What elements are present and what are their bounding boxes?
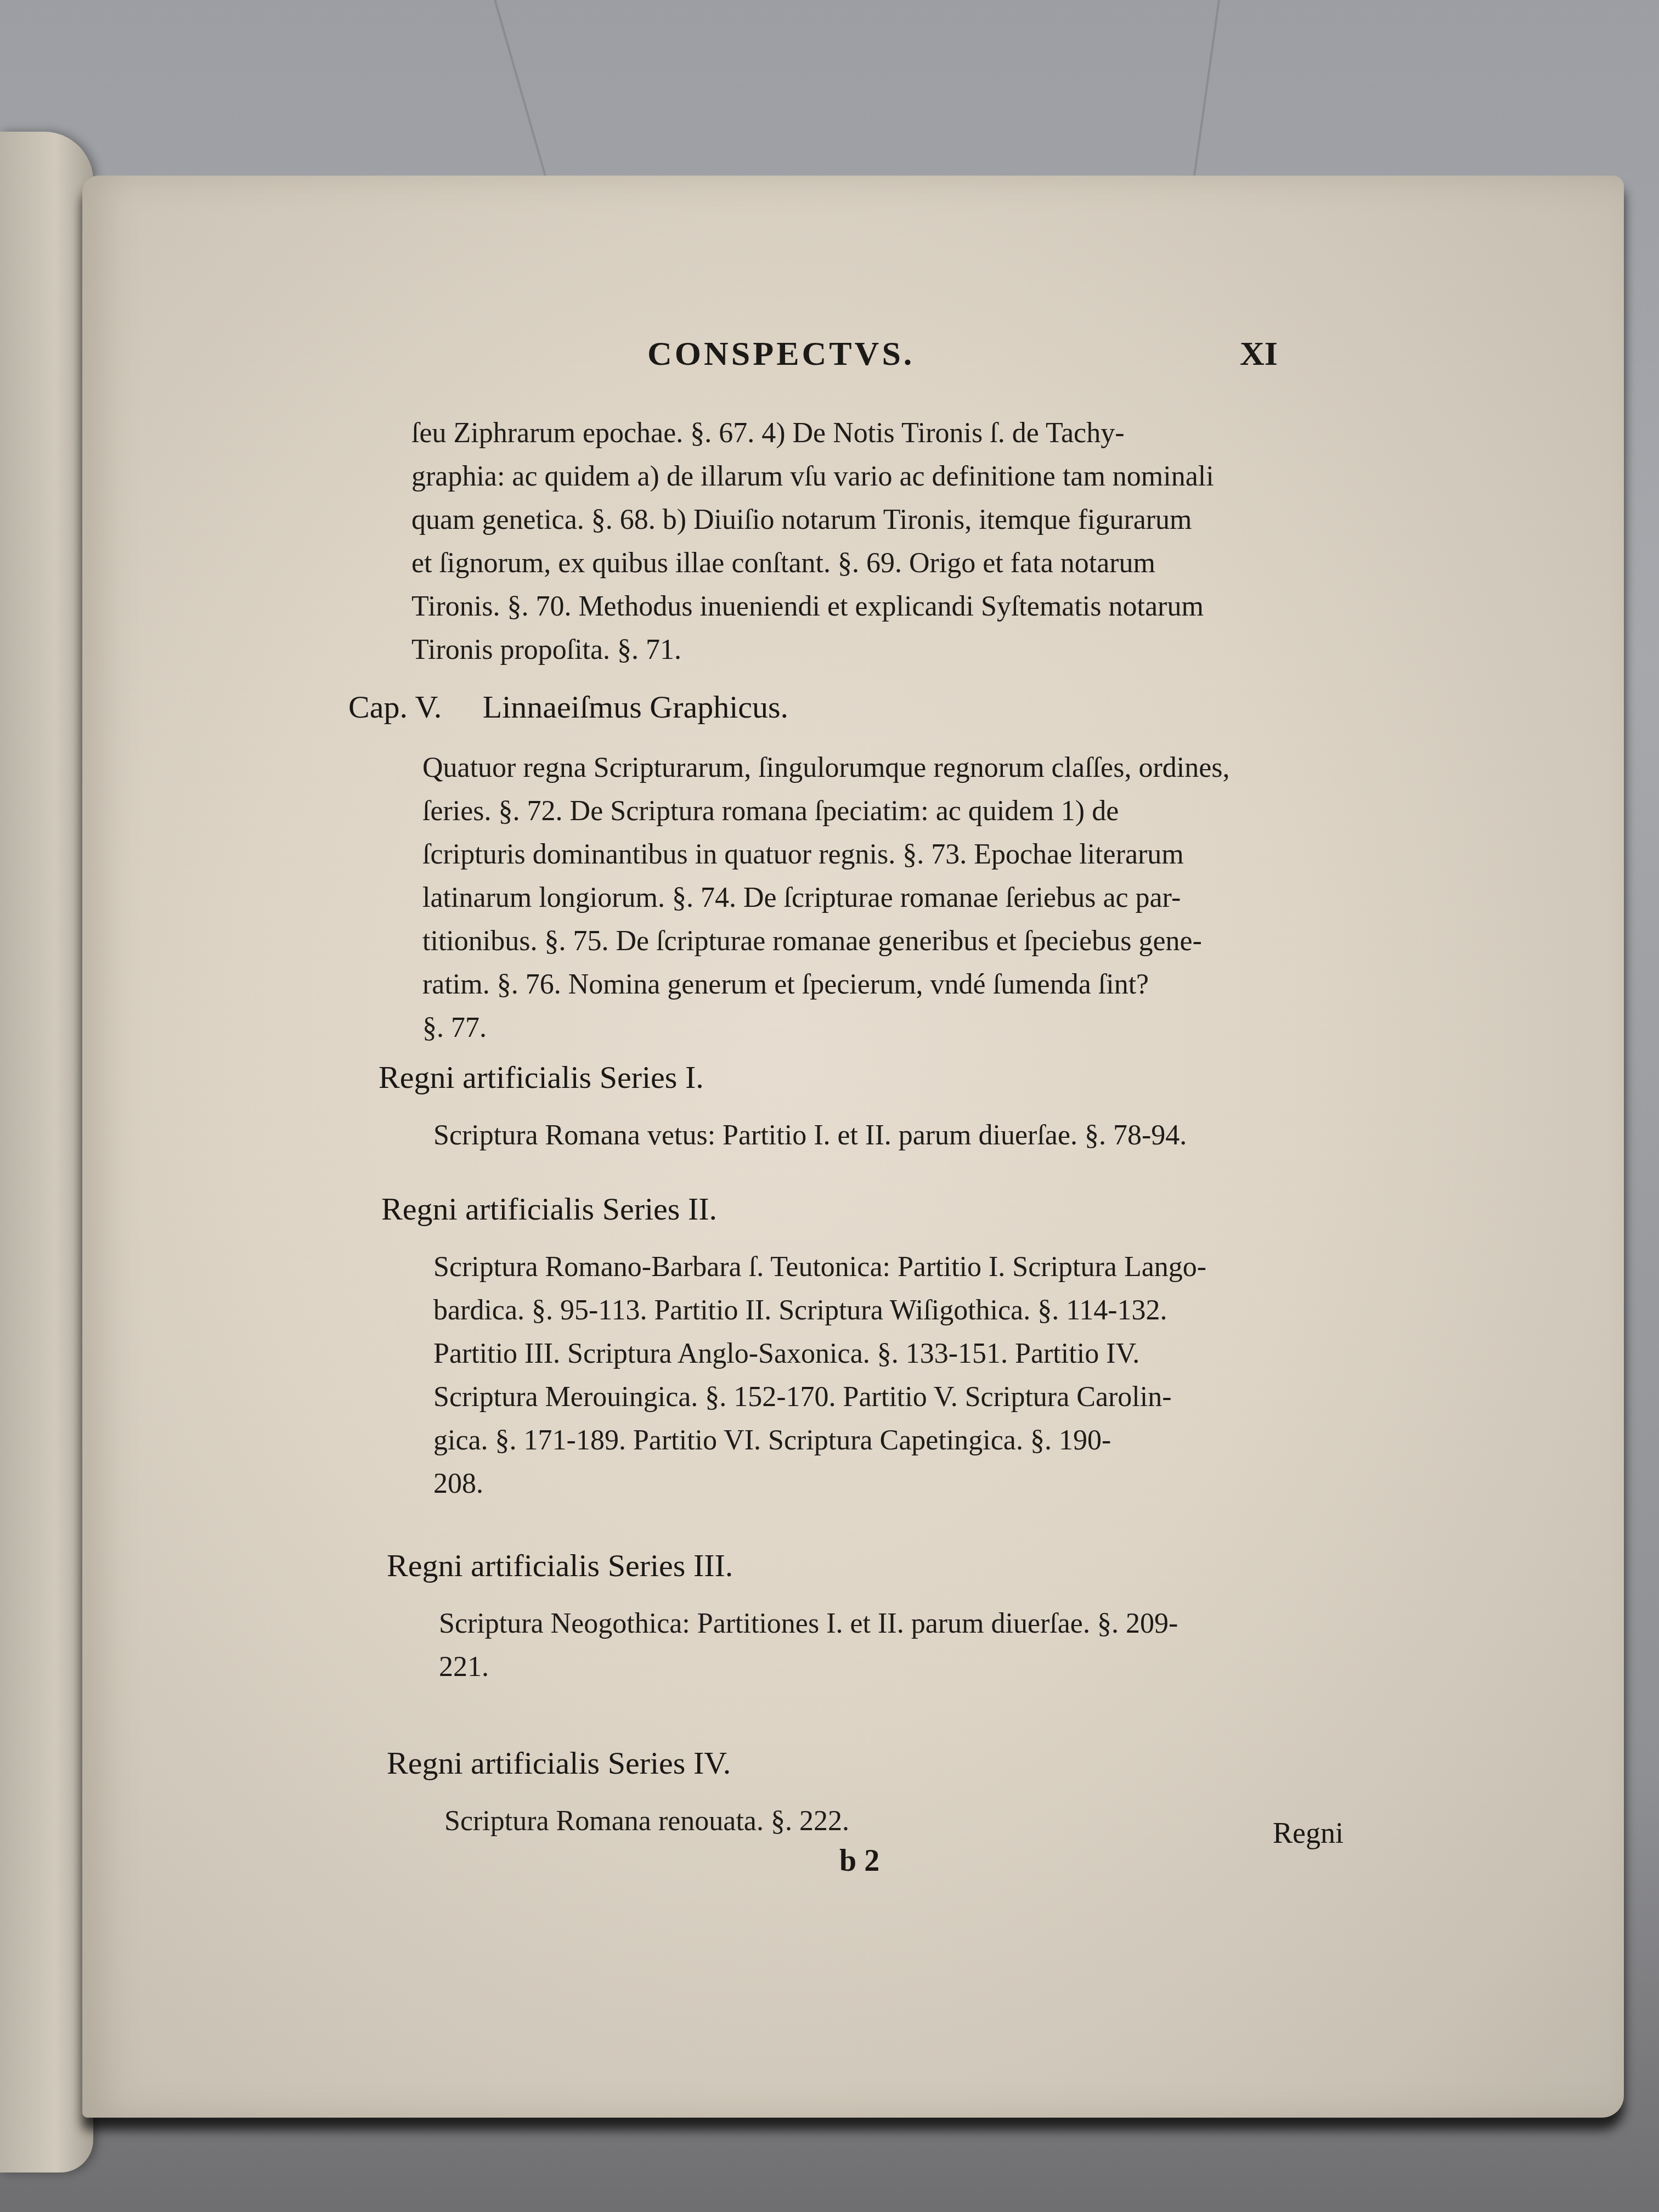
book-page: CONSPECTVS. XI ſeu Ziphrarum epochae. §.… [82, 176, 1624, 2118]
text-line: 208. [433, 1462, 1415, 1505]
left-facing-page-edge [0, 132, 93, 2172]
chapter-heading: Cap. V. Linnaeiſmus Graphicus. [348, 689, 788, 725]
text-line: ratim. §. 76. Nomina generum et ſpecieru… [422, 963, 1388, 1006]
text-line: quam genetica. §. 68. b) Diuiſio notarum… [411, 498, 1372, 541]
text-line: Partitio III. Scriptura Anglo-Saxonica. … [433, 1332, 1415, 1375]
text-line: ſeries. §. 72. De Scriptura romana ſpeci… [422, 789, 1388, 833]
chapter-number: Cap. V. [348, 689, 442, 725]
series-ii-heading: Regni artificialis Series II. [381, 1190, 717, 1227]
text-line: titionibus. §. 75. De ſcripturae romanae… [422, 919, 1388, 963]
series-ii-summary: Scriptura Romano-Barbara ſ. Teutonica: P… [433, 1245, 1415, 1505]
text-line: Tironis propoſita. §. 71. [411, 628, 1372, 672]
text-line: §. 77. [422, 1006, 1388, 1049]
series-iv-heading: Regni artificialis Series IV. [387, 1745, 731, 1781]
running-title: CONSPECTVS. [647, 335, 915, 374]
text-line: Quatuor regna Scripturarum, ſingulorumqu… [422, 746, 1388, 789]
text-line: 221. [439, 1645, 1421, 1689]
text-line: gica. §. 171-189. Partitio VI. Scriptura… [433, 1419, 1415, 1462]
text-line: graphia: ac quidem a) de illarum vſu var… [411, 455, 1372, 498]
text-line: Scriptura Romano-Barbara ſ. Teutonica: P… [433, 1245, 1415, 1289]
text-line: Scriptura Romana vetus: Partitio I. et I… [433, 1114, 1399, 1157]
text-line: Tironis. §. 70. Methodus inueniendi et e… [411, 585, 1372, 628]
text-line: ſeu Ziphrarum epochae. §. 67. 4) De Noti… [411, 411, 1372, 455]
series-iv-summary: Scriptura Romana renouata. §. 222. [444, 1799, 1103, 1843]
text-line: ſcripturis dominantibus in quatuor regni… [422, 833, 1388, 876]
text-line: Scriptura Merouingica. §. 152-170. Parti… [433, 1375, 1415, 1419]
series-iii-summary: Scriptura Neogothica: Partitiones I. et … [439, 1602, 1421, 1689]
chapter-v-summary: Quatuor regna Scripturarum, ſingulorumqu… [422, 746, 1388, 1049]
text-line: et ſignorum, ex quibus illae conſtant. §… [411, 541, 1372, 585]
surface-streak [1193, 0, 1220, 179]
series-i-heading: Regni artificialis Series I. [379, 1059, 704, 1096]
continuation-paragraph: ſeu Ziphrarum epochae. §. 67. 4) De Noti… [411, 411, 1372, 672]
catchword: Regni [1273, 1816, 1344, 1850]
series-i-summary: Scriptura Romana vetus: Partitio I. et I… [433, 1114, 1399, 1157]
chapter-title: Linnaeiſmus Graphicus. [483, 689, 788, 725]
series-iii-heading: Regni artificialis Series III. [387, 1547, 733, 1584]
text-line: Scriptura Romana renouata. §. 222. [444, 1799, 1103, 1843]
page-number: XI [1240, 335, 1278, 374]
text-line: latinarum longiorum. §. 74. De ſcriptura… [422, 876, 1388, 919]
signature-mark: b 2 [839, 1843, 879, 1878]
text-line: Scriptura Neogothica: Partitiones I. et … [439, 1602, 1421, 1645]
text-line: bardica. §. 95-113. Partitio II. Scriptu… [433, 1289, 1415, 1332]
